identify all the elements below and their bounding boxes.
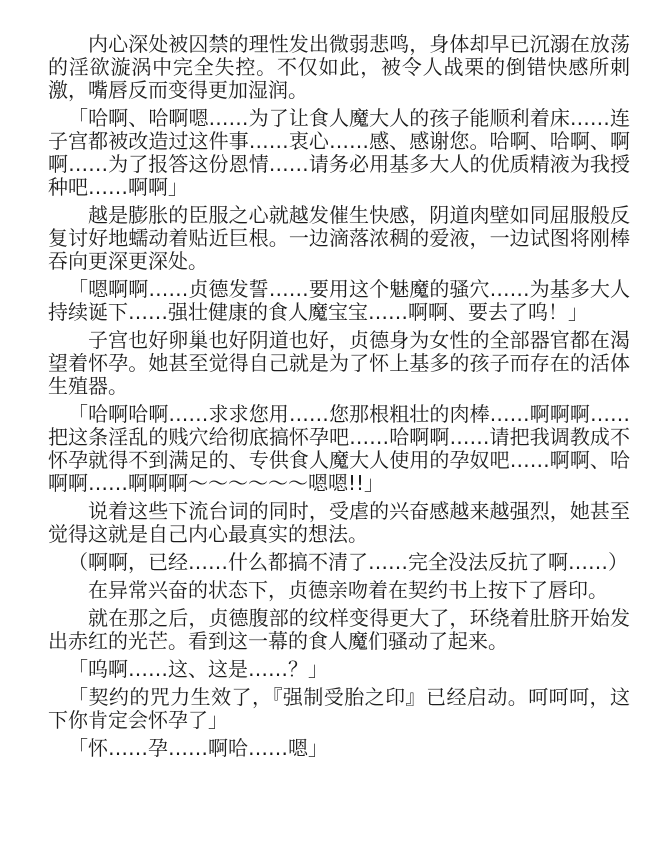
paragraph-13: 「怀……孕……啊哈……嗯」 bbox=[48, 737, 630, 760]
paragraph-8: （啊啊，已经……什么都搞不清了……完全没法反抗了啊……） bbox=[48, 551, 630, 574]
paragraph-5: 子宫也好卵巢也好阴道也好，贞德身为女性的全部器官都在渴望着怀孕。她甚至觉得自己就… bbox=[48, 329, 630, 398]
paragraph-11: 「呜啊……这、这是……？」 bbox=[48, 658, 630, 681]
paragraph-12: 「契约的咒力生效了，『强制受胎之印』已经启动。呵呵呵，这下你肯定会怀孕了」 bbox=[48, 686, 630, 732]
paragraph-1: 内心深处被囚禁的理性发出微弱悲鸣，身体却早已沉溺在放荡的淫欲漩涡中完全失控。不仅… bbox=[48, 33, 630, 102]
paragraph-7: 说着这些下流台词的同时，受虐的兴奋感越来越强烈，她甚至觉得这就是自己内心最真实的… bbox=[48, 500, 630, 546]
paragraph-6: 「哈啊哈啊……求求您用……您那根粗壮的肉棒……啊啊啊……把这条淫乱的贱穴给彻底搞… bbox=[48, 403, 630, 495]
novel-text-page: 内心深处被囚禁的理性发出微弱悲鸣，身体却早已沉溺在放荡的淫欲漩涡中完全失控。不仅… bbox=[0, 0, 650, 850]
paragraph-4: 「嗯啊啊……贞德发誓……要用这个魅魔的骚穴……为基多大人持续诞下……强壮健康的食… bbox=[48, 278, 630, 324]
paragraph-2: 「哈啊、哈啊嗯……为了让食人魔大人的孩子能顺利着床……连子宫都被改造过这件事……… bbox=[48, 107, 630, 199]
paragraph-3: 越是膨胀的臣服之心就越发催生快感，阴道肉壁如同屈服般反复讨好地蠕动着贴近巨根。一… bbox=[48, 204, 630, 273]
paragraph-9: 在异常兴奋的状态下，贞德亲吻着在契约书上按下了唇印。 bbox=[48, 579, 630, 602]
paragraph-10: 就在那之后，贞德腹部的纹样变得更大了，环绕着肚脐开始发出赤红的光芒。看到这一幕的… bbox=[48, 607, 630, 653]
